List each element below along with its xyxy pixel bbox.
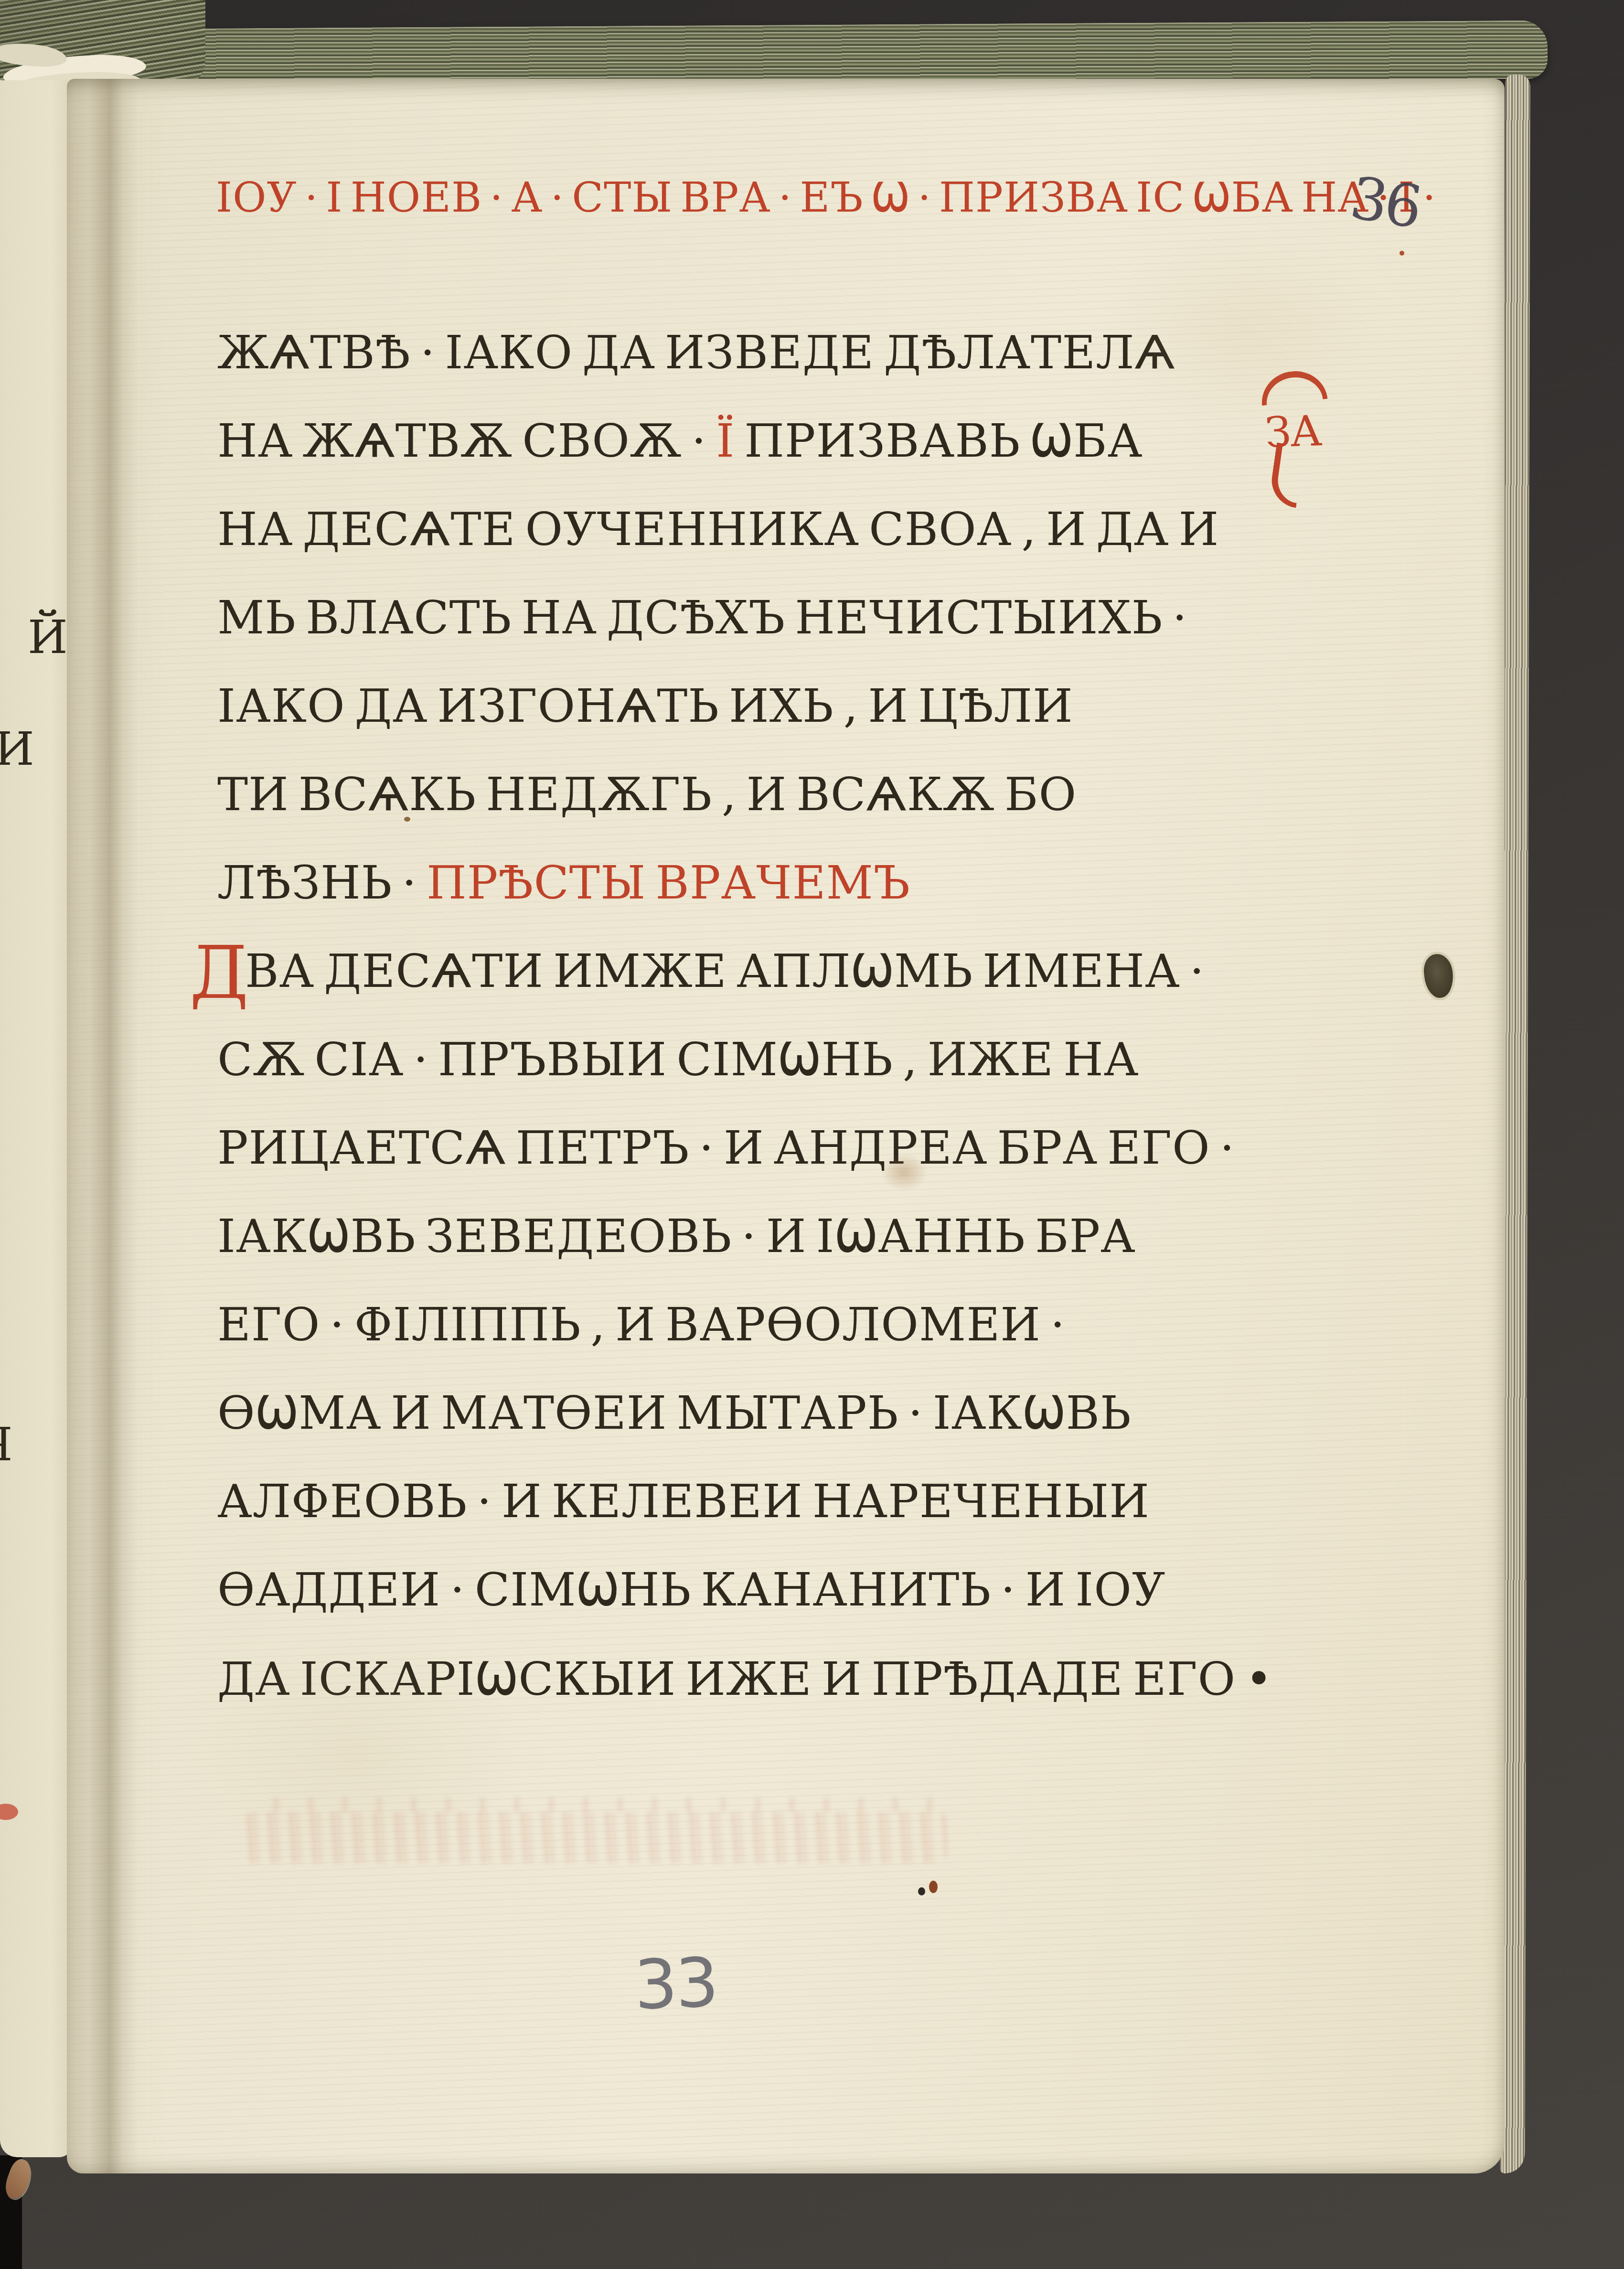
text-line-with-initial: Два десѧти имже аплѡмь имена · [217, 948, 1205, 994]
pencil-foliation: 33 [633, 1949, 718, 2020]
text-line: ѳѡма и матѳеи мытарь · іакѡвь [217, 1390, 1132, 1436]
gutter-crease-shadow [89, 79, 139, 2173]
zachalo-arc [1259, 368, 1327, 406]
facing-page-edge: й , и ч [0, 80, 72, 2157]
wormhole [1422, 953, 1455, 999]
paper-speck [404, 817, 410, 822]
text-line: на жѧтвѫ своѫ · ї призвавь ѡба [217, 418, 1143, 464]
text-line: сѫ сіа · пръвыи сімѡнь , иже на [217, 1037, 1139, 1082]
text-line: іакѡвь зеведеовь · и іѡаннь бра [217, 1213, 1136, 1259]
ink-showthrough [245, 1812, 947, 1863]
paper-stain [881, 1154, 927, 1191]
paper-speck [929, 1881, 938, 1893]
drop-initial: Д [190, 937, 249, 1009]
text-line: на десѧте оученника своа , и да и [217, 506, 1219, 552]
ink-showthrough [245, 1798, 947, 1812]
cutoff-text-fragment: ч [0, 1422, 12, 1467]
rubric-header: іоу · і ноев · а · сты вра · еъ ѡ · приз… [216, 177, 1436, 218]
text-line: алфеовь · и келевеи нареченыи [217, 1478, 1150, 1524]
text-line: да іскаріѡскыи иже и прѣдаде его • [217, 1656, 1273, 1702]
text-line: жѧтвѣ · іако да изведе дѣлателѧ [217, 330, 1175, 375]
book-top-page-edges [57, 20, 1548, 87]
manuscript-page: іоу · і ноев · а · сты вра · еъ ѡ · приз… [67, 79, 1505, 2173]
cutoff-text-fragment: й , [28, 614, 72, 660]
manuscript-photo: { "header": { "rubric": "іоу · і ноев · … [0, 0, 1624, 2269]
text-line: рицаетсѧ петръ · и андреа бра его · [217, 1125, 1235, 1171]
paper-speck [918, 1887, 925, 1895]
text-line: іако да изгонѧть ихь , и цѣли [217, 683, 1073, 729]
zachalo-margin-mark: за [1259, 368, 1333, 456]
text-line: мь власть на дсѣхъ нечистыихь · [217, 595, 1187, 641]
folio-number-ink: 36 [1346, 169, 1423, 237]
cutoff-rubric-fragment [0, 1804, 18, 1820]
text-line: ѳаддеи · сімѡнь кананить · и іоу [217, 1567, 1165, 1613]
paper-speck [1400, 251, 1404, 256]
text-line: лѣзнь · прѣсты врачемъ [217, 860, 910, 906]
text-line: ти всѧкь недѫгь , и всѧкѫ бо [217, 771, 1077, 817]
text-line: его · філіппь , и варѳоломеи · [217, 1302, 1066, 1348]
cutoff-text-fragment: и [0, 726, 34, 772]
